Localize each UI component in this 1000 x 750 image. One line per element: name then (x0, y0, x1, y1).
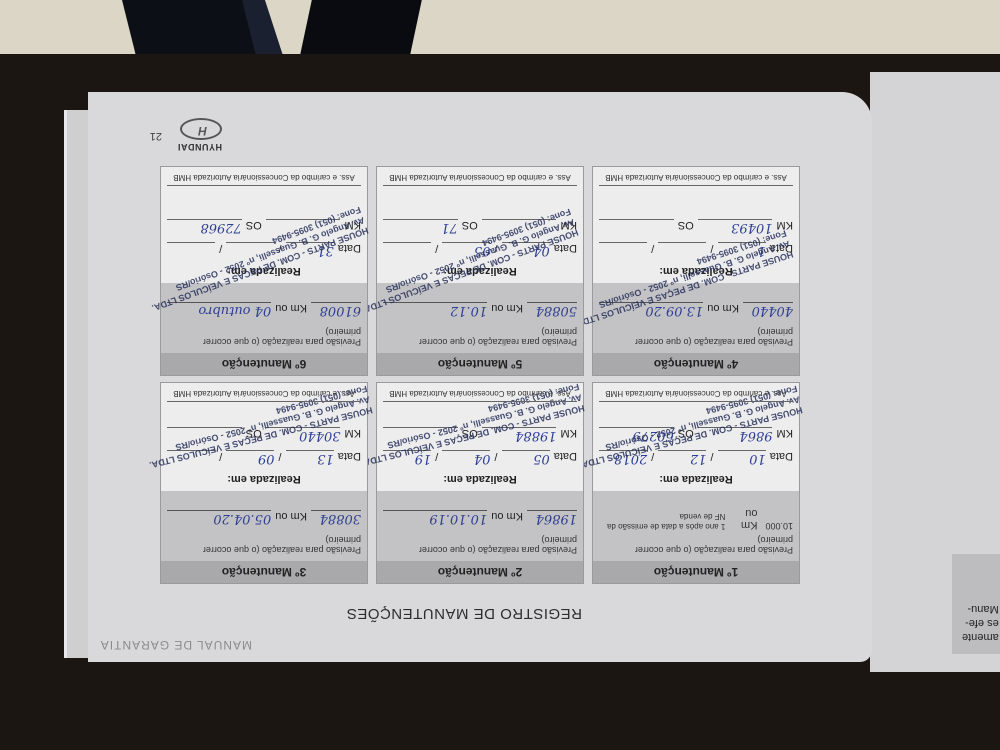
signature-line: Ass. e carimbo da Concessionária Autoriz… (599, 389, 793, 402)
right-page-text: amente es efe- Manu- (962, 602, 999, 644)
card-title: 4º Manutenção (593, 353, 799, 375)
os-label: OS (246, 219, 262, 231)
km-field[interactable]: 10493 (698, 219, 773, 234)
forecast-km-field[interactable]: 61008 (311, 302, 361, 317)
os-field[interactable] (599, 219, 674, 234)
forecast-section: Previsão para realização (o que ocorrer … (161, 491, 367, 561)
date-label: Data (554, 450, 577, 462)
km-label: KM (345, 427, 362, 439)
os-field[interactable]: 72968 (167, 219, 242, 234)
forecast-section: Previsão para realização (o que ocorrer … (377, 491, 583, 561)
date-month[interactable]: 09 (226, 450, 274, 465)
card-title: 3º Manutenção (161, 561, 367, 583)
km-or-label: Km ou (491, 510, 523, 522)
hyundai-logo: HYUNDAI (177, 118, 222, 152)
date-day[interactable]: 05 (502, 450, 550, 465)
forecast-date-field[interactable]: 04 outubro (167, 302, 271, 317)
date-day[interactable]: 10 (718, 450, 766, 465)
done-at-label: Realizada em: (161, 473, 367, 485)
card-title: 5º Manutenção (377, 353, 583, 375)
km-or-label: Km ou (707, 302, 739, 314)
page-number: 21 (150, 130, 162, 142)
forecast-km-field[interactable]: 50884 (527, 302, 577, 317)
forecast-label: Previsão para realização (o que ocorrer … (599, 327, 793, 353)
km-or-label: Km ou (275, 510, 307, 522)
date-year[interactable] (383, 242, 431, 257)
date-month[interactable]: 04 (442, 450, 490, 465)
maintenance-card-3: 3º Manutenção Previsão para realização (… (160, 382, 368, 584)
maintenance-grid: 1º Manutenção Previsão para realização (… (160, 166, 800, 584)
km-or-label: Km ou (733, 507, 757, 531)
forecast-date-field[interactable]: 05.04.20 (167, 510, 271, 525)
brand-wordmark: HYUNDAI (177, 142, 222, 152)
forecast-km: 10.000 (765, 507, 793, 531)
date-label: Data (770, 450, 793, 462)
signature-line: Ass. e carimbo da Concessionária Autoriz… (167, 173, 361, 186)
forecast-time: 1 ano após a data de emissão da NF de ve… (599, 507, 725, 531)
forecast-label: Previsão para realização (o que ocorrer … (167, 535, 361, 561)
signature-line: Ass. e carimbo da Concessionária Autoriz… (599, 173, 793, 186)
forecast-label: Previsão para realização (o que ocorrer … (167, 327, 361, 353)
km-or-label: Km ou (491, 302, 523, 314)
done-at-label: Realizada em: (377, 473, 583, 485)
maintenance-card-1: 1º Manutenção Previsão para realização (… (592, 382, 800, 584)
done-at-label: Realizada em: (593, 473, 799, 485)
forecast-label: Previsão para realização (o que ocorrer … (383, 535, 577, 561)
date-label: Data (338, 450, 361, 462)
maintenance-card-2: 2º Manutenção Previsão para realização (… (376, 382, 584, 584)
page-content-upside-down: MANUAL DE GARANTIA REGISTRO DE MANUTENÇÕ… (88, 92, 872, 662)
forecast-date-field[interactable]: 10.12 (383, 302, 487, 317)
date-year[interactable] (167, 242, 215, 257)
forecast-label: Previsão para realização (o que ocorrer … (383, 327, 577, 353)
forecast-km-field[interactable]: 19864 (527, 510, 577, 525)
forecast-label: Previsão para realização (o que ocorrer … (599, 535, 793, 561)
manual-header: MANUAL DE GARANTIA (100, 638, 252, 652)
km-label: KM (777, 427, 794, 439)
maintenance-card-6: 6º Manutenção Previsão para realização (… (160, 166, 368, 376)
date-day[interactable]: 13 (286, 450, 334, 465)
signature-line: Ass. e carimbo da Concessionária Autoriz… (383, 173, 577, 186)
km-or-label: Km ou (275, 302, 307, 314)
maintenance-card-5: 5º Manutenção Previsão para realização (… (376, 166, 584, 376)
os-label: OS (462, 219, 478, 231)
forecast-date-field[interactable]: 10.10.19 (383, 510, 487, 525)
os-label: OS (678, 219, 694, 231)
date-month[interactable]: 12 (658, 450, 706, 465)
date-year[interactable] (599, 242, 647, 257)
card-title: 2º Manutenção (377, 561, 583, 583)
hyundai-emblem-icon (180, 118, 222, 140)
right-page: amente es efe- Manu- (870, 72, 1000, 672)
forecast-km-field[interactable]: 30884 (311, 510, 361, 525)
page-title: REGISTRO DE MANUTENÇÕES (346, 605, 582, 622)
forecast-section: Previsão para realização (o que ocorrer … (593, 491, 799, 561)
signature-line: Ass. e carimbo da Concessionária Autoriz… (383, 389, 577, 402)
card-title: 6º Manutenção (161, 353, 367, 375)
os-field[interactable]: 71 (383, 219, 458, 234)
km-label: KM (561, 427, 578, 439)
forecast-km-field[interactable]: 40440 (743, 302, 793, 317)
signature-line: Ass. e carimbo da Concessionária Autoriz… (167, 389, 361, 402)
maintenance-card-4: 4º Manutenção Previsão para realização (… (592, 166, 800, 376)
card-title: 1º Manutenção (593, 561, 799, 583)
